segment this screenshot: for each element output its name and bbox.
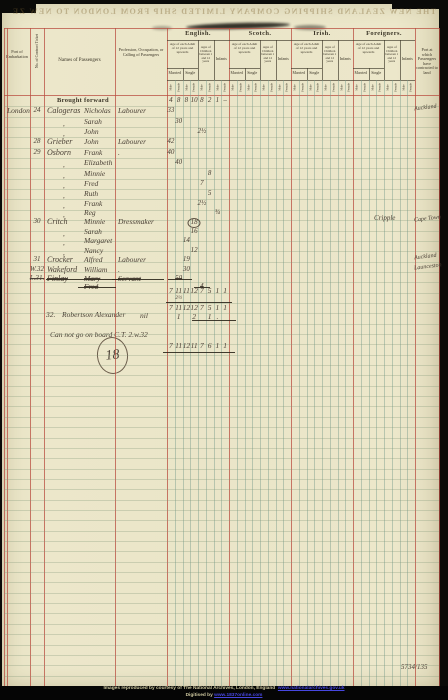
passenger-age: 8 — [208, 170, 212, 177]
grid-line — [4, 593, 439, 594]
grid-line — [206, 80, 207, 686]
grid-line — [283, 80, 284, 686]
passenger-age: 2½ — [198, 200, 207, 207]
passenger-ditto-mark: , — [63, 231, 65, 238]
bleed-through-title: THE NEW ZEALAND SHIPPING COMPANY LIMITED… — [12, 7, 436, 20]
passenger-ditto-mark: , — [63, 183, 65, 190]
col-header-contract-ticket: No. of Contract Ticket — [35, 46, 39, 68]
group-married-label: Married — [167, 71, 183, 75]
grid-line — [245, 80, 246, 686]
grid-line — [4, 645, 439, 646]
grid-line — [4, 303, 439, 304]
passenger-age: 19 — [183, 256, 190, 263]
grid-line — [322, 80, 323, 686]
group-adult-label: Age of each Adult of 12 years and upward… — [230, 43, 259, 55]
grid-line — [268, 80, 269, 686]
totals-row1-value: 12 — [190, 287, 198, 295]
passenger-age: 30 — [175, 118, 182, 125]
passenger-given-name: Nicholas — [84, 107, 111, 115]
passenger-port: London — [7, 107, 30, 115]
group-married-label: Married — [291, 71, 307, 75]
grid-line — [400, 80, 401, 686]
totals-row2-value: 12 — [190, 304, 198, 312]
passenger-age: 5 — [208, 190, 212, 197]
totals-row1-value: 7 — [169, 287, 173, 295]
grid-line — [4, 541, 439, 542]
brought-forward-value: – — [223, 97, 227, 104]
grid-line — [439, 28, 440, 686]
brought-forward-value: 1 — [216, 97, 220, 104]
passenger-given-name: Elizabeth — [84, 159, 112, 167]
grid-line — [4, 551, 439, 552]
passenger-given-name: Sarah — [84, 228, 102, 236]
group-title: Irish. — [291, 30, 353, 37]
grid-line — [4, 168, 439, 169]
grid-line — [192, 320, 236, 321]
totals-row1-value: 5 — [208, 287, 212, 295]
grid-line — [4, 282, 439, 283]
passenger-age: 42 — [167, 138, 174, 145]
scanned-passenger-list: { "bleed_text": "THE NEW ZEALAND SHIPPIN… — [0, 0, 448, 700]
group-single-label: Single — [245, 71, 261, 75]
sex-label: Female — [405, 84, 418, 92]
group-infants-label: Infants — [338, 57, 354, 61]
group-title: Foreigners. — [353, 30, 415, 37]
passenger-occupation: . — [118, 149, 120, 157]
grid-line — [4, 458, 439, 459]
group-married-label: Married — [353, 71, 369, 75]
passenger-ditto-mark: , — [63, 203, 65, 210]
passenger-ticket: 24 — [34, 107, 41, 114]
grid-line — [4, 417, 439, 418]
grid-line — [4, 324, 439, 325]
passenger-age: 40 — [167, 149, 174, 156]
grid-line — [4, 531, 439, 532]
group-adult-label: Age of each Adult of 12 years and upward… — [168, 43, 197, 55]
grid-line — [252, 80, 253, 686]
grid-line — [190, 80, 191, 686]
grid-line — [361, 80, 362, 686]
grid-line — [4, 489, 439, 490]
totals-row2-value: 5 — [208, 304, 212, 312]
grid-line — [221, 80, 222, 686]
passenger-surname: Crocker — [47, 256, 73, 264]
grid-line — [4, 241, 439, 242]
passenger-given-name: Sarah — [84, 118, 102, 126]
passenger-surname: Osborn — [47, 149, 71, 157]
passenger-ticket: 29 — [34, 149, 41, 156]
passenger-occupation: Labourer — [118, 256, 146, 264]
totals-row1-sub: 2½ — [175, 296, 182, 302]
grid-line — [4, 179, 439, 180]
cripple-annotation: Cripple — [374, 215, 395, 222]
totals-row3-value: 11 — [175, 342, 182, 350]
brought-forward-label: Brought forward — [57, 97, 117, 104]
grid-line — [4, 479, 439, 480]
brought-forward-value: 8 — [185, 97, 189, 104]
brought-forward-value: 8 — [177, 97, 181, 104]
group-married-label: Married — [229, 71, 245, 75]
group-infants-label: Infants — [214, 57, 230, 61]
grid-line — [214, 80, 215, 686]
totals-row1-value: 11 — [183, 287, 190, 295]
grid-line — [167, 40, 415, 41]
totals-row1-value: 7 — [200, 287, 204, 295]
group-adult-label: Age of each Adult of 12 years and upward… — [292, 43, 321, 55]
passenger-age: 16 — [191, 228, 198, 235]
passenger-given-name: Nancy — [84, 247, 103, 255]
grid-line — [4, 355, 439, 356]
totals-row3-value: 1 — [223, 342, 227, 350]
group-adult-label: Age of each Adult of 12 years and upward… — [354, 43, 383, 55]
totals-row3-value: 6 — [208, 342, 212, 350]
grid-line — [4, 406, 439, 407]
grid-line — [237, 80, 238, 686]
grid-line — [4, 510, 439, 511]
grid-line — [345, 80, 346, 686]
brought-forward-value: 10 — [191, 97, 198, 104]
grid-line — [4, 655, 439, 656]
passenger-given-name: Ruth — [84, 190, 98, 198]
col-header-profession: Profession, Occupation, or Calling of Pa… — [117, 48, 165, 57]
passenger-ditto-mark: , — [63, 173, 65, 180]
col-header-names: Names of Passengers — [45, 58, 114, 64]
grid-line — [369, 80, 370, 686]
grid-line — [46, 279, 120, 280]
grid-line — [338, 80, 339, 686]
digitiser-link[interactable]: www.1837online.com — [214, 693, 262, 698]
passenger-given-name: Fred — [84, 180, 98, 188]
totals-row3-value: 12 — [183, 342, 191, 350]
grid-line — [4, 520, 439, 521]
grid-line — [163, 352, 235, 353]
passenger-given-name: Alfred — [84, 256, 102, 264]
group-single-label: Single — [369, 71, 385, 75]
grid-line — [4, 189, 439, 190]
passenger-age: 33 — [167, 107, 174, 114]
grid-line — [4, 448, 439, 449]
passenger-given-name: Margaret — [84, 237, 112, 245]
grid-line — [276, 80, 277, 686]
passenger-ticket: W.32 — [30, 266, 44, 273]
passenger-ticket: 31 — [34, 256, 41, 263]
totals-row2-value: 12 — [183, 304, 191, 312]
national-archives-link[interactable]: www.nationalarchives.gov.uk — [278, 686, 345, 691]
totals-row1-value: 11 — [175, 287, 182, 295]
grid-line — [4, 613, 439, 614]
group-single-label: Single — [307, 71, 323, 75]
passenger-ticket: L.31. — [30, 275, 44, 282]
col-header-port-embarkation: Port of Embarkation — [5, 50, 29, 59]
grid-line — [4, 375, 439, 376]
passenger-age: ¾ — [215, 209, 220, 216]
grid-line — [4, 500, 439, 501]
totals-row2-value: 11 — [175, 304, 182, 312]
grid-line — [299, 80, 300, 686]
grid-line — [407, 80, 408, 686]
passenger-given-name: John — [84, 128, 99, 136]
grid-line — [4, 231, 439, 232]
passenger-occupation: Labourer — [118, 138, 146, 146]
grid-line — [4, 603, 439, 604]
grid-line — [4, 665, 439, 666]
totals-row2-value: 1 — [216, 304, 220, 312]
grid-line — [4, 117, 439, 118]
brought-forward-value: 2 — [208, 97, 212, 104]
grid-line — [330, 80, 331, 686]
grid-line — [4, 210, 439, 211]
passenger-surname: Wakeford — [47, 266, 77, 274]
passenger-ditto-mark: , — [63, 162, 65, 169]
footer-credit-bar: Images reproduced by courtesy of The Nat… — [0, 686, 448, 700]
group-children-label: Ages of Children between 1 and 12 years — [385, 46, 400, 64]
totals-row3-value: 1 — [216, 342, 220, 350]
totals-row3-value: 7 — [169, 342, 173, 350]
passenger-given-name: Frank — [84, 149, 102, 157]
totals-row2-value: 7 — [169, 304, 173, 312]
grid-line — [4, 313, 439, 314]
passenger-age: 12 — [191, 247, 198, 254]
grid-line — [194, 287, 210, 288]
grid-line — [112, 279, 164, 280]
passenger-occupation: . — [118, 266, 120, 274]
grid-line — [4, 438, 439, 439]
group-children-label: Ages of Children between 1 and 12 years — [323, 46, 338, 64]
passenger-surname: Critch — [47, 218, 67, 226]
brought-forward-value: 4 — [169, 97, 173, 104]
group-infants-label: Infants — [276, 57, 292, 61]
grid-line — [4, 334, 439, 335]
passenger-age: 14 — [183, 237, 190, 244]
grid-line — [175, 80, 176, 686]
passenger-given-name: Minnie — [84, 170, 105, 178]
grid-line — [314, 80, 315, 686]
totals-row2-sub-value: 1 — [177, 313, 181, 321]
passenger-given-name: John — [84, 138, 99, 146]
grid-line — [4, 158, 439, 159]
grid-line — [4, 469, 439, 470]
totals-row2-value: 1 — [223, 304, 227, 312]
grid-line — [307, 80, 308, 686]
grid-line — [4, 634, 439, 635]
grid-line — [4, 344, 439, 345]
passenger-ticket: 28 — [34, 138, 41, 145]
totals-row2-value: 7 — [200, 304, 204, 312]
grid-line — [4, 572, 439, 573]
footer-credit-text: Images reproduced by courtesy of The Nat… — [103, 686, 275, 691]
grid-line — [4, 562, 439, 563]
passenger-ditto-mark: , — [63, 121, 65, 128]
group-children-label: Ages of Children between 1 and 12 years — [199, 46, 214, 64]
passenger-age: 40 — [175, 159, 182, 166]
group-single-label: Single — [183, 71, 199, 75]
grid-line — [78, 287, 116, 288]
grid-line — [4, 293, 439, 294]
grid-line — [260, 80, 261, 686]
passenger-surname: Calogeras — [47, 107, 80, 115]
totals-row1-value: 1 — [216, 287, 220, 295]
passenger-given-name: Minnie — [84, 218, 105, 226]
grid-line — [168, 279, 192, 280]
grid-line — [4, 199, 439, 200]
totals-row3-value: 11 — [191, 342, 198, 350]
passenger-given-name: William — [84, 266, 107, 274]
grid-line — [166, 302, 232, 303]
grid-line — [392, 80, 393, 686]
passenger-age: 30 — [183, 266, 190, 273]
grid-line — [376, 80, 377, 686]
passenger-ditto-mark: , — [63, 240, 65, 247]
passenger-surname: Grieber — [47, 138, 72, 146]
robertson-ticket: 32. — [46, 311, 55, 319]
passenger-age: 7 — [200, 180, 204, 187]
passenger-ditto-mark: , — [63, 193, 65, 200]
group-title: Scotch. — [229, 30, 291, 37]
passenger-occupation: Dressmaker — [118, 218, 154, 226]
grid-line — [4, 396, 439, 397]
passenger-ticket: 30 — [34, 218, 41, 225]
grid-line — [4, 427, 439, 428]
grid-line — [4, 582, 439, 583]
grid-line — [4, 127, 439, 128]
group-title: English. — [167, 30, 229, 37]
group-infants-label: Infants — [400, 57, 416, 61]
totals-row3-value: 7 — [200, 342, 204, 350]
grid-line — [4, 624, 439, 625]
totals-row1-value: 1 — [223, 287, 227, 295]
group-children-label: Ages of Children between 1 and 12 years — [261, 46, 276, 64]
passenger-age: 2½ — [198, 128, 207, 135]
grid-line — [4, 386, 439, 387]
brought-forward-value: 8 — [200, 97, 204, 104]
grid-line — [198, 80, 199, 686]
grid-line — [384, 80, 385, 686]
passenger-given-name: Frank — [84, 200, 102, 208]
grid-line — [4, 251, 439, 252]
footer-digitised-text: Digitised by — [186, 693, 213, 698]
passenger-occupation: Labourer — [118, 107, 146, 115]
grid-line — [4, 365, 439, 366]
grid-line — [183, 80, 184, 686]
grid-line — [4, 676, 439, 677]
passenger-given-name: Reg — [84, 209, 96, 217]
col-header-land-port: Port at which Passengers have contracted… — [416, 48, 438, 76]
